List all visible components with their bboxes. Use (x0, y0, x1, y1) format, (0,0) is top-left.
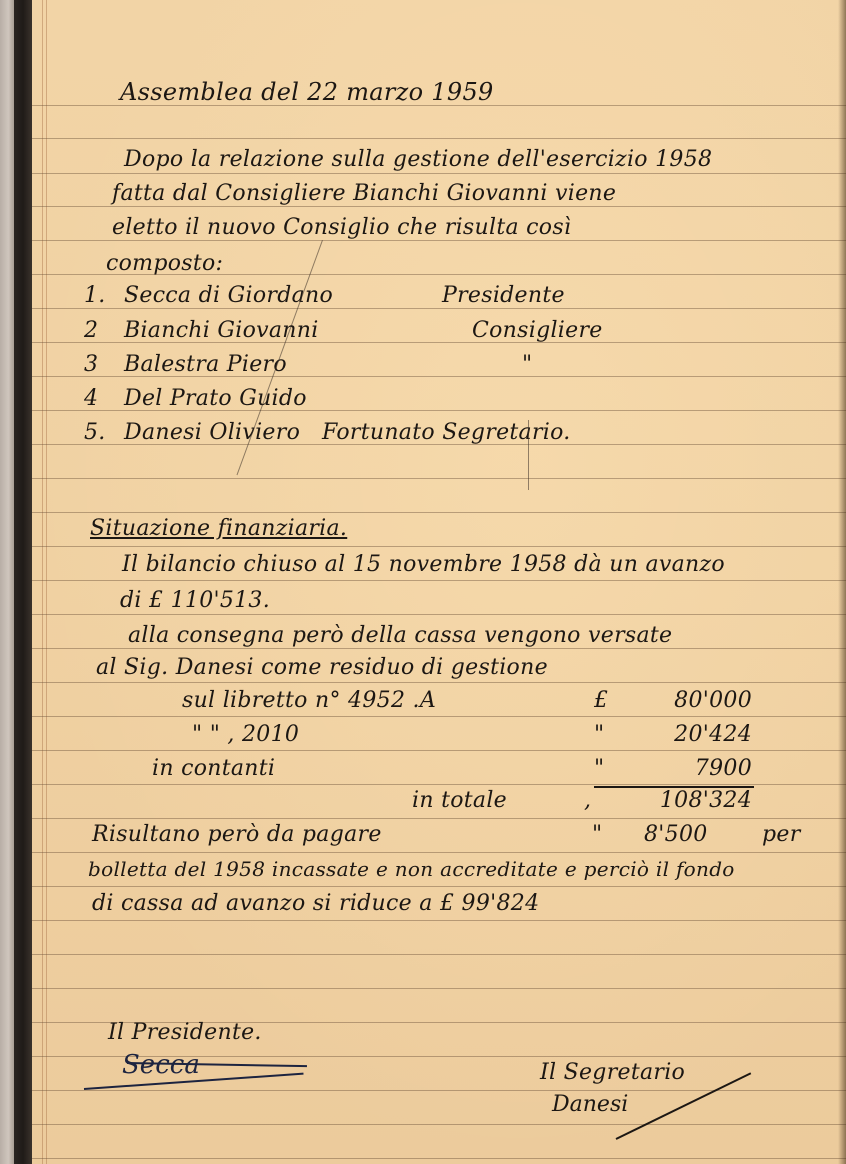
financial-line: Il bilancio chiuso al 15 novembre 1958 d… (122, 552, 725, 577)
ruled-line (32, 308, 846, 309)
ruled-line (32, 886, 846, 887)
section-heading: Situazione finanziaria. (90, 516, 347, 541)
intro-line: eletto il nuovo Consiglio che risulta co… (112, 215, 571, 240)
signature-label: Il Segretario (540, 1060, 685, 1085)
member-number: 3 (84, 352, 98, 377)
ruled-line (32, 478, 846, 479)
member-name: Balestra Piero (124, 352, 287, 377)
member-number: 2 (84, 318, 98, 343)
ruled-line (32, 1090, 846, 1091)
page-edge-shadow (838, 0, 846, 1164)
total-currency: , (584, 788, 591, 813)
ruled-line (32, 920, 846, 921)
member-role: Fortunato Segretario. (322, 420, 571, 445)
entry-amount: 80'000 (602, 688, 752, 713)
member-number: 5. (84, 420, 106, 445)
page-title: Assemblea del 22 marzo 1959 (120, 78, 494, 106)
ruled-line (32, 750, 846, 751)
entry-amount: 20'424 (602, 722, 752, 747)
entry-label: " " , 2010 (192, 722, 299, 747)
binding-edge (0, 0, 14, 1164)
ruled-line (32, 240, 846, 241)
closing-line: di cassa ad avanzo si riduce a £ 99'824 (92, 891, 539, 916)
signature: Danesi (552, 1092, 628, 1117)
ruled-line (32, 818, 846, 819)
ruled-line (32, 682, 846, 683)
ruled-line (32, 954, 846, 955)
member-role: Presidente (442, 283, 565, 308)
margin-line (42, 0, 43, 1164)
total-label: in totale (412, 788, 507, 813)
signature-label: Il Presidente. (108, 1020, 262, 1045)
ruled-line (32, 1158, 846, 1159)
ruled-line (32, 852, 846, 853)
ruled-line (32, 512, 846, 513)
closing-suffix: per (762, 822, 801, 847)
entry-label: sul libretto n° 4952 .A (182, 688, 436, 713)
entry-label: in contanti (152, 756, 275, 781)
financial-line: alla consegna però della cassa vengono v… (128, 623, 672, 648)
closing-currency: " (592, 822, 602, 847)
intro-line: composto: (106, 251, 223, 276)
ledger-spine (14, 0, 32, 1164)
ruled-line (32, 206, 846, 207)
member-role: Consigliere (472, 318, 603, 343)
ruled-line (32, 614, 846, 615)
ruled-line (32, 988, 846, 989)
intro-line: Dopo la relazione sulla gestione dell'es… (124, 147, 712, 172)
financial-line: di £ 110'513. (120, 588, 270, 613)
member-name: Danesi Oliviero (124, 420, 300, 445)
member-name: Del Prato Guido (124, 386, 307, 411)
closing-amount: 8'500 (644, 822, 708, 847)
member-number: 4 (84, 386, 98, 411)
closing-line: bolletta del 1958 incassate e non accred… (88, 857, 735, 881)
ruled-line (32, 138, 846, 139)
ruled-line (32, 580, 846, 581)
ruled-line (32, 1124, 846, 1125)
entry-amount: 7900 (602, 756, 752, 781)
member-number: 1. (84, 283, 106, 308)
ruled-line (32, 716, 846, 717)
pencil-mark (528, 420, 529, 490)
ruled-line (32, 648, 846, 649)
intro-line: fatta dal Consigliere Bianchi Giovanni v… (112, 181, 616, 206)
financial-line: al Sig. Danesi come residuo di gestione (96, 655, 548, 680)
ruled-line (32, 784, 846, 785)
ledger-page: Assemblea del 22 marzo 1959 Dopo la rela… (32, 0, 846, 1164)
total-amount: 108'324 (602, 788, 752, 813)
ruled-line (32, 546, 846, 547)
margin-line (46, 0, 47, 1164)
ruled-line (32, 173, 846, 174)
member-role: " (522, 352, 532, 377)
closing-text: Risultano però da pagare (92, 822, 382, 847)
